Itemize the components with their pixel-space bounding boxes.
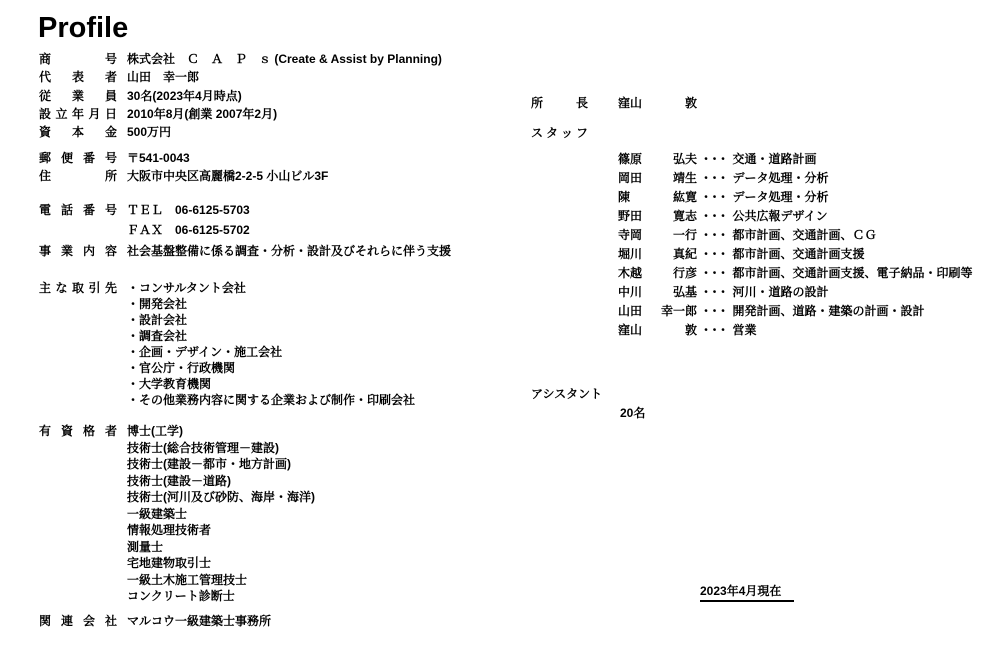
qualification-item: コンクリート診断士: [127, 588, 235, 605]
staff-row: 堀川真紀 ・・・ 都市計画、交通計画支援: [618, 245, 973, 264]
staff-row: 木越行彦 ・・・ 都市計画、交通計画支援、電子納品・印刷等: [618, 264, 973, 283]
staff-role: データ処理・分析: [733, 169, 829, 188]
staff-name: 中川弘基: [618, 283, 697, 302]
qualification-item: 宅地建物取引士: [127, 555, 211, 572]
client-item: ・大学教育機関: [127, 376, 211, 392]
address-section: 郵便番号 〒541-0043 住所 大阪市中央区高麗橋2-2-5 小山ビル3F: [39, 149, 328, 185]
qualification-row: 技術士(総合技術管理－建設): [39, 440, 315, 457]
staff-surname: 窪山: [618, 321, 642, 340]
staff-given-name: 幸一郎: [661, 302, 697, 321]
field-label-spacer: [39, 360, 117, 376]
field-label-spacer: [39, 456, 117, 473]
client-row: 主な取引先 ・コンサルタント会社: [39, 280, 415, 296]
field-label-spacer: [39, 473, 117, 490]
staff-role: データ処理・分析: [733, 188, 829, 207]
field-value: マルコウ一級建築士事務所: [127, 613, 271, 630]
field-label-spacer: [39, 221, 117, 241]
qualification-item: 技術士(建設－道路): [127, 473, 231, 490]
name-role-separator: ・・・: [700, 264, 726, 283]
as-of-date: 2023年4月現在: [700, 584, 794, 602]
qualification-item: 技術士(総合技術管理－建設): [127, 440, 279, 457]
director-surname: 窪山: [618, 95, 642, 112]
client-row: ・その他業務内容に関する企業および制作・印刷会社: [39, 392, 415, 408]
staff-surname: 陳: [618, 188, 630, 207]
client-item: ・コンサルタント会社: [127, 280, 246, 296]
staff-given-name: 敦: [685, 321, 697, 340]
field-value: 〒541-0043: [127, 149, 190, 167]
director-label: 所長: [531, 95, 588, 112]
field-label-spacer: [39, 344, 117, 360]
name-role-separator: ・・・: [700, 321, 726, 340]
client-row: ・企画・デザイン・施工会社: [39, 344, 415, 360]
field-label: 資本金: [39, 123, 117, 141]
qualifications-section: 有資格者 博士(工学) 技術士(総合技術管理－建設) 技術士(建設－都市・地方計…: [39, 423, 315, 605]
qualification-row: 技術士(建設－都市・地方計画): [39, 456, 315, 473]
staff-label: スタッフ: [531, 125, 588, 142]
employees-row: 従業員 30名(2023年4月時点): [39, 87, 442, 105]
client-item: ・企画・デザイン・施工会社: [127, 344, 282, 360]
qualification-row: 一級土木施工管理技士: [39, 572, 315, 589]
field-label: 従業員: [39, 87, 117, 105]
field-label-spacer: [39, 376, 117, 392]
staff-name: 堀川真紀: [618, 245, 697, 264]
qualification-row: 有資格者 博士(工学): [39, 423, 315, 440]
name-role-separator: ・・・: [700, 283, 726, 302]
field-label-spacer: [39, 489, 117, 506]
director-row: 所長 窪山 敦: [531, 95, 697, 112]
client-row: ・大学教育機関: [39, 376, 415, 392]
staff-row: 窪山敦 ・・・ 営業: [618, 321, 973, 340]
staff-given-name: 一行: [673, 226, 697, 245]
staff-role: 営業: [733, 321, 757, 340]
staff-row: 寺岡一行 ・・・ 都市計画、交通計画、ＣＧ: [618, 226, 973, 245]
business-row: 事業内容 社会基盤整備に係る調査・分析・設計及びそれらに伴う支援: [39, 243, 451, 260]
name-role-separator: ・・・: [700, 226, 726, 245]
address-row: 住所 大阪市中央区高麗橋2-2-5 小山ビル3F: [39, 167, 328, 185]
field-label-spacer: [39, 312, 117, 328]
field-label: 電話番号: [39, 201, 117, 221]
client-row: ・調査会社: [39, 328, 415, 344]
staff-surname: 篠原: [618, 150, 642, 169]
phone-section: 電話番号 ＴＥＬ 06-6125-5703 ＦＡＸ 06-6125-5702: [39, 201, 250, 240]
field-value: 大阪市中央区高麗橋2-2-5 小山ビル3F: [127, 167, 328, 185]
staff-role: 都市計画、交通計画、ＣＧ: [733, 226, 877, 245]
staff-role: 公共広報デザイン: [733, 207, 828, 226]
staff-name: 山田幸一郎: [618, 302, 697, 321]
qualification-item: 一級土木施工管理技士: [127, 572, 247, 589]
qualification-item: 博士(工学): [127, 423, 183, 440]
company-basic-section: 商号 株式会社 Ｃ Ａ Ｐ ｓ (Create & Assist by Plan…: [39, 50, 442, 141]
field-label-spacer: [39, 555, 117, 572]
staff-role: 都市計画、交通計画支援、電子納品・印刷等: [733, 264, 973, 283]
staff-row: 野田寛志 ・・・ 公共広報デザイン: [618, 207, 973, 226]
director-name: 窪山 敦: [618, 95, 697, 112]
name-role-separator: ・・・: [700, 302, 726, 321]
staff-role: 交通・道路計画: [733, 150, 817, 169]
field-label-spacer: [39, 328, 117, 344]
client-item: ・設計会社: [127, 312, 187, 328]
field-label-spacer: [39, 522, 117, 539]
qualification-item: 情報処理技術者: [127, 522, 211, 539]
staff-surname: 寺岡: [618, 226, 642, 245]
qualification-row: コンクリート診断士: [39, 588, 315, 605]
field-label-spacer: [39, 506, 117, 523]
staff-name: 寺岡一行: [618, 226, 697, 245]
staff-surname: 野田: [618, 207, 642, 226]
established-row: 設立年月日 2010年8月(創業 2007年2月): [39, 105, 442, 123]
field-label: 商号: [39, 50, 117, 68]
client-item: ・官公庁・行政機関: [127, 360, 235, 376]
qualification-row: 測量士: [39, 539, 315, 556]
staff-row: 中川弘基 ・・・ 河川・道路の設計: [618, 283, 973, 302]
field-value: 山田 幸一郎: [127, 68, 199, 86]
staff-given-name: 弘夫: [673, 150, 697, 169]
staff-surname: 堀川: [618, 245, 642, 264]
qualification-item: 測量士: [127, 539, 163, 556]
field-label: 関連会社: [39, 613, 117, 630]
qualification-row: 技術士(河川及び砂防、海岸・海洋): [39, 489, 315, 506]
staff-given-name: 弘基: [673, 283, 697, 302]
field-label: 主な取引先: [39, 280, 117, 296]
staff-name: 木越行彦: [618, 264, 697, 283]
staff-given-name: 寛志: [673, 207, 697, 226]
company-name-row: 商号 株式会社 Ｃ Ａ Ｐ ｓ (Create & Assist by Plan…: [39, 50, 442, 68]
staff-name: 野田寛志: [618, 207, 697, 226]
staff-given-name: 行彦: [673, 264, 697, 283]
page-title: Profile: [38, 12, 128, 45]
qualification-row: 宅地建物取引士: [39, 555, 315, 572]
field-label-spacer: [39, 296, 117, 312]
field-label-spacer: [39, 392, 117, 408]
qualification-item: 技術士(河川及び砂防、海岸・海洋): [127, 489, 315, 506]
name-role-separator: ・・・: [700, 188, 726, 207]
field-label-spacer: [39, 539, 117, 556]
postal-code-row: 郵便番号 〒541-0043: [39, 149, 328, 167]
staff-row: 山田幸一郎 ・・・ 開発計画、道路・建築の計画・設計: [618, 302, 973, 321]
client-row: ・開発会社: [39, 296, 415, 312]
client-row: ・設計会社: [39, 312, 415, 328]
field-label: 事業内容: [39, 243, 117, 260]
staff-role: 開発計画、道路・建築の計画・設計: [733, 302, 925, 321]
staff-row: 篠原弘夫 ・・・ 交通・道路計画: [618, 150, 973, 169]
qualification-row: 技術士(建設－道路): [39, 473, 315, 490]
field-value: 30名(2023年4月時点): [127, 87, 242, 105]
field-label: 郵便番号: [39, 149, 117, 167]
name-role-separator: ・・・: [700, 150, 726, 169]
representative-row: 代表者 山田 幸一郎: [39, 68, 442, 86]
staff-role: 都市計画、交通計画支援: [733, 245, 865, 264]
staff-role: 河川・道路の設計: [733, 283, 829, 302]
field-value: 社会基盤整備に係る調査・分析・設計及びそれらに伴う支援: [127, 243, 451, 260]
field-label-spacer: [39, 572, 117, 589]
staff-given-name: 紘寛: [673, 188, 697, 207]
related-company-row: 関連会社 マルコウ一級建築士事務所: [39, 613, 271, 630]
field-label: 設立年月日: [39, 105, 117, 123]
field-label: 有資格者: [39, 423, 117, 440]
field-value: 株式会社 Ｃ Ａ Ｐ ｓ (Create & Assist by Plannin…: [127, 50, 442, 68]
business-section: 事業内容 社会基盤整備に係る調査・分析・設計及びそれらに伴う支援: [39, 243, 451, 260]
field-label-spacer: [39, 588, 117, 605]
field-label-spacer: [39, 440, 117, 457]
profile-document-page: Profile 商号 株式会社 Ｃ Ａ Ｐ ｓ (Create & Assist…: [0, 0, 1000, 650]
qualification-item: 一級建築士: [127, 506, 187, 523]
qualification-row: 情報処理技術者: [39, 522, 315, 539]
staff-name: 窪山敦: [618, 321, 697, 340]
staff-surname: 木越: [618, 264, 642, 283]
client-row: ・官公庁・行政機関: [39, 360, 415, 376]
field-label: 代表者: [39, 68, 117, 86]
staff-row: 岡田靖生 ・・・ データ処理・分析: [618, 169, 973, 188]
staff-name: 篠原弘夫: [618, 150, 697, 169]
staff-given-name: 靖生: [673, 169, 697, 188]
staff-name: 岡田靖生: [618, 169, 697, 188]
client-item: ・開発会社: [127, 296, 187, 312]
fax-row: ＦＡＸ 06-6125-5702: [39, 221, 250, 241]
staff-name: 陳紘寛: [618, 188, 697, 207]
staff-row: 陳紘寛 ・・・ データ処理・分析: [618, 188, 973, 207]
assistant-count: 20名: [620, 405, 645, 422]
name-role-separator: ・・・: [700, 245, 726, 264]
staff-surname: 岡田: [618, 169, 642, 188]
staff-given-name: 真紀: [673, 245, 697, 264]
client-item: ・調査会社: [127, 328, 187, 344]
tel-row: 電話番号 ＴＥＬ 06-6125-5703: [39, 201, 250, 221]
staff-surname: 山田: [618, 302, 642, 321]
related-company-section: 関連会社 マルコウ一級建築士事務所: [39, 613, 271, 630]
name-role-separator: ・・・: [700, 169, 726, 188]
field-value: 2010年8月(創業 2007年2月): [127, 105, 277, 123]
field-value: 500万円: [127, 123, 171, 141]
capital-row: 資本金 500万円: [39, 123, 442, 141]
client-item: ・その他業務内容に関する企業および制作・印刷会社: [127, 392, 415, 408]
director-given-name: 敦: [685, 95, 697, 112]
fax-value: ＦＡＸ 06-6125-5702: [127, 221, 250, 241]
field-label: 住所: [39, 167, 117, 185]
qualification-row: 一級建築士: [39, 506, 315, 523]
qualification-item: 技術士(建設－都市・地方計画): [127, 456, 291, 473]
assistant-label: アシスタント: [531, 386, 588, 403]
clients-section: 主な取引先 ・コンサルタント会社 ・開発会社 ・設計会社 ・調査会社 ・企画・デ…: [39, 280, 415, 408]
staff-list: 篠原弘夫 ・・・ 交通・道路計画 岡田靖生 ・・・ データ処理・分析 陳紘寛 ・…: [618, 150, 973, 340]
name-role-separator: ・・・: [700, 207, 726, 226]
staff-surname: 中川: [618, 283, 642, 302]
tel-value: ＴＥＬ 06-6125-5703: [127, 201, 250, 221]
